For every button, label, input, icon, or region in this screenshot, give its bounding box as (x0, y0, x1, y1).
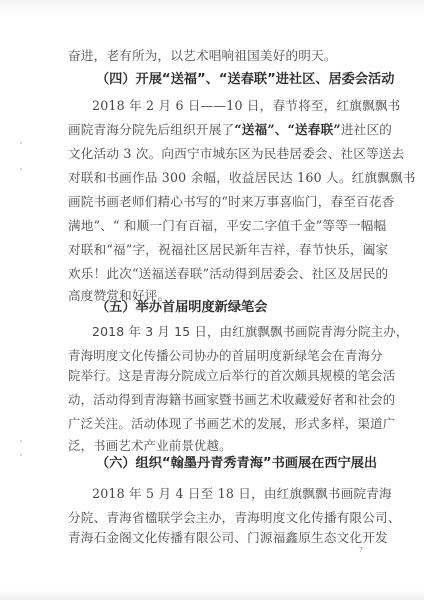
paragraph-line: 2018 年 2 月 6 日——10 日，春节将至，红旗飘飘书 (92, 96, 364, 116)
document-page: 奋进，老有所为，以艺术唱响祖国美好的明天。 （四）开展“送福”、“送春联”进社区… (0, 0, 424, 600)
paragraph-line: 2018 年 3 月 15 日，由红旗飘飘书画院青海分院主办， (92, 322, 364, 342)
paragraph-line: 欢乐！此次“送福送春联”活动得到居委会、社区及居民的 (68, 264, 364, 284)
paragraph-line: 2018 年 5 月 4 日至 18 日，由红旗飘飘书画院青海 (92, 484, 364, 504)
paragraph-line: 分院、青海省楹联学会主办，青海明度文化传播有限公司、 (68, 508, 364, 528)
paragraph-line: 泛，书画艺术产业前景优越。 (68, 436, 364, 456)
text-span: 进社区的 (341, 122, 392, 137)
scan-speck (20, 168, 22, 170)
scan-speck (20, 142, 22, 144)
paragraph-line: 画院青海分院先后组织开展了“送福”、“送春联”进社区的 (68, 120, 364, 140)
paragraph-line: 画院书画老师们精心书写的“时来万事喜临门，春至百花香 (68, 192, 364, 212)
scan-speck (20, 454, 22, 456)
paragraph-line: 青海石金阁文化传播有限公司、门源福鑫原生态文化开发 (68, 528, 364, 548)
scan-bottom-edge (0, 590, 424, 600)
paragraph-line: 院举行。这是青海分院成立后举行的首次颇具规模的笔会活 (68, 366, 364, 386)
section-heading-5: （五）举办首届明度新绿笔会 (96, 298, 267, 318)
scan-top-edge (0, 0, 424, 14)
paragraph-line: 对联和书画作品 300 余幅，收益居民达 160 人。红旗飘飘书 (68, 168, 364, 188)
section-heading-6: （六）组织“翰墨丹青秀青海”书画展在西宁展出 (96, 454, 377, 474)
text-span: 画院青海分院先后组织开展了 (68, 122, 234, 137)
page-number: 7 (359, 547, 363, 554)
paragraph-line: 动，活动得到青海籍书画家暨书画艺术收藏爱好者和社会的 (68, 390, 364, 410)
paragraph-line: 青海明度文化传播公司协办的首届明度新绿笔会在青海分 (68, 346, 364, 366)
paragraph-line: 对联和“福”字，祝福社区居民新年吉祥，春节快乐，阖家 (68, 240, 364, 260)
paragraph-line: 奋进，老有所为，以艺术唱响祖国美好的明天。 (68, 46, 364, 66)
scan-speck (20, 440, 22, 442)
bold-quote: “送福”、“送春联” (234, 122, 341, 137)
paragraph-line: 文化活动 3 次。向西宁市城东区为民巷居委会、社区等送去 (68, 144, 364, 164)
paragraph-line: 广泛关注。活动体现了书画艺术的发展，形式多样，渠道广 (68, 414, 364, 434)
paragraph-line: 满地”、“ 和顺一门有百福，平安二字值千金”等等一幅幅 (68, 216, 364, 236)
section-heading-4: （四）开展“送福”、“送春联”进社区、居委会活动 (96, 70, 394, 90)
